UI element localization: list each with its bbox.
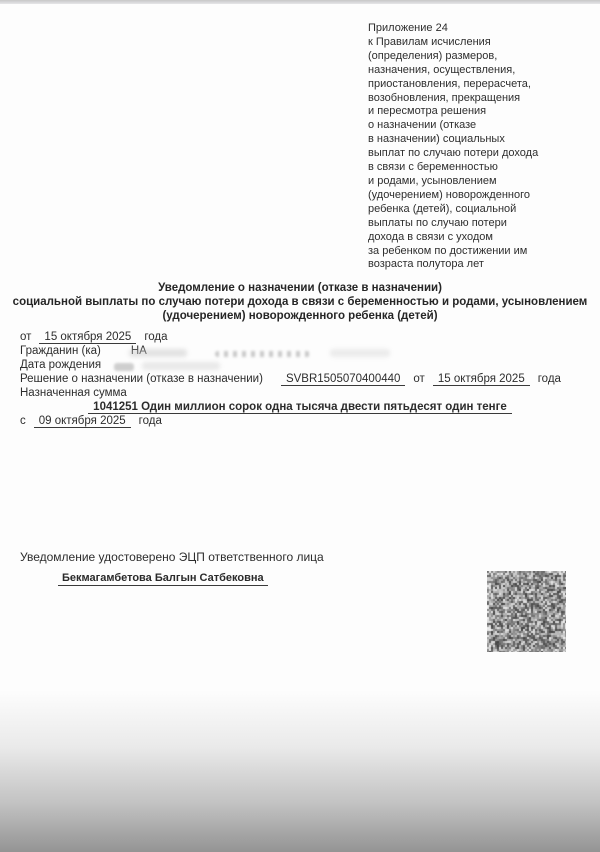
appendix-header: Приложение 24к Правилам исчисления(опред…	[368, 22, 590, 272]
start-suffix: года	[139, 415, 162, 427]
appendix-line: выплат по случаю потери дохода	[368, 147, 590, 161]
redacted-birth-date-2	[142, 362, 220, 370]
sum-label: Назначенная сумма	[20, 387, 127, 399]
appendix-line: за ребенком по достижении им	[368, 245, 590, 259]
appendix-line: в связи с беременностью	[368, 161, 590, 175]
photo-top-edge	[0, 0, 600, 4]
appendix-line: возобновления, прекращения	[368, 92, 590, 106]
appendix-line: приостановления, перерасчета,	[368, 78, 590, 92]
appendix-line: возраста полутора лет	[368, 258, 590, 272]
appendix-line: и родами, усыновлением	[368, 175, 590, 189]
appendix-line: (удочерением) новорожденного	[368, 189, 590, 203]
qr-code	[487, 571, 566, 652]
from-suffix: года	[144, 331, 167, 343]
decision-label: Решение о назначении (отказе в назначени…	[20, 373, 263, 385]
decision-suffix: года	[538, 373, 561, 385]
appendix-line: назначения, осуществления,	[368, 64, 590, 78]
appendix-line: о назначении (отказе	[368, 119, 590, 133]
appendix-line: и пересмотра решения	[368, 105, 590, 119]
citizen-label: Гражданин (ка)	[20, 345, 101, 357]
appendix-line: выплаты по случаю потери	[368, 217, 590, 231]
officer-name: Бекмагамбетова Балгын Сатбековна	[58, 572, 268, 586]
appendix-line: (определения) размеров,	[368, 50, 590, 64]
decision-from: от	[413, 373, 424, 385]
title-line: (удочерением) новорожденного ребенка (де…	[10, 309, 590, 323]
field-sum-label: Назначенная сумма	[20, 387, 127, 399]
certified-text: Уведомление удостоверено ЭЦП ответственн…	[20, 550, 324, 564]
document-page: Приложение 24к Правилам исчисления(опред…	[0, 0, 600, 852]
from-prefix: от	[20, 331, 31, 343]
decision-date: 15 октября 2025	[433, 373, 530, 386]
decision-number: SVBR1505070400440	[281, 373, 405, 386]
sum-value: 1041251 Один миллион сорок одна тысяча д…	[88, 401, 512, 414]
start-date-value: 09 октября 2025	[34, 415, 131, 428]
appendix-line: к Правилам исчисления	[368, 36, 590, 50]
redacted-citizen-name	[129, 349, 187, 357]
field-birth-date: Дата рождения	[20, 359, 101, 371]
field-sum-value: 1041251 Один миллион сорок одна тысяча д…	[0, 401, 600, 413]
title-line: социальной выплаты по случаю потери дохо…	[10, 295, 590, 309]
field-citizen: Гражданин (ка)НА	[20, 345, 147, 357]
start-prefix: с	[20, 415, 26, 427]
appendix-line: ребенка (детей), социальной	[368, 203, 590, 217]
appendix-line: дохода в связи с уходом	[368, 231, 590, 245]
redacted-citizen-name-3	[330, 349, 390, 357]
notice-date-value: 15 октября 2025	[39, 331, 136, 344]
redacted-citizen-name-2	[215, 351, 310, 357]
appendix-line: в назначении) социальных	[368, 133, 590, 147]
redacted-birth-date	[114, 363, 134, 371]
field-notice-date: от15 октября 2025года	[20, 331, 168, 343]
photo-bottom-shadow	[0, 690, 600, 852]
title-line: Уведомление о назначении (отказе в назна…	[10, 281, 590, 295]
field-decision: Решение о назначении (отказе в назначени…	[20, 373, 561, 385]
birth-label: Дата рождения	[20, 359, 101, 371]
field-start-date: с09 октября 2025года	[20, 415, 162, 427]
appendix-line: Приложение 24	[368, 22, 590, 36]
document-title: Уведомление о назначении (отказе в назна…	[10, 281, 590, 323]
